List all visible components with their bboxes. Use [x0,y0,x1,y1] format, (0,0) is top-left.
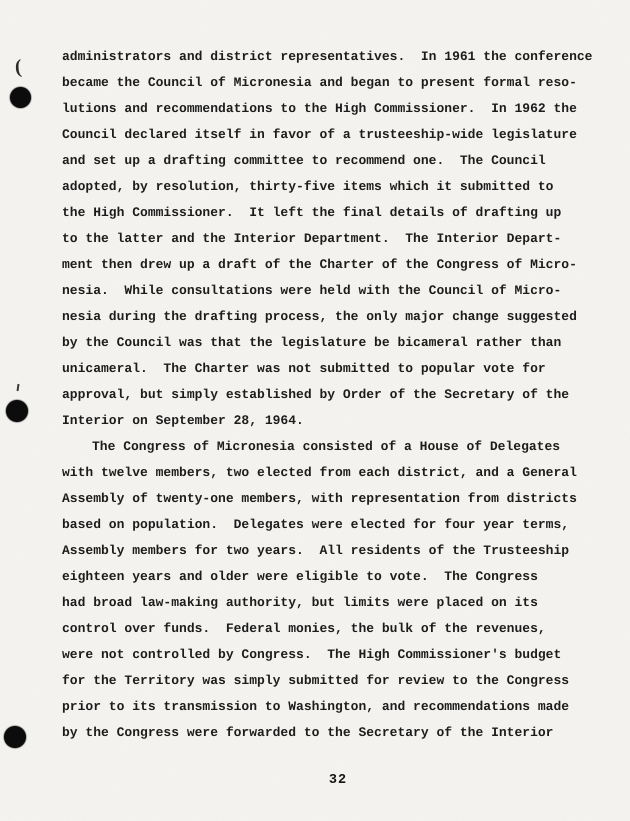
text-line: eighteen years and older were eligible t… [62,564,607,590]
text-line: became the Council of Micronesia and beg… [62,70,607,96]
text-line: by the Council was that the legislature … [62,330,607,356]
ink-dot-mark-middle [6,400,28,422]
text-line: by the Congress were forwarded to the Se… [62,720,607,746]
text-line: based on population. Delegates were elec… [62,512,607,538]
text-line: Assembly members for two years. All resi… [62,538,607,564]
text-line-paragraph-start: The Congress of Micronesia consisted of … [62,434,607,460]
handwritten-paren-mark: ( [14,56,22,79]
text-line: unicameral. The Charter was not submitte… [62,356,607,382]
text-line: the High Commissioner. It left the final… [62,200,607,226]
ink-dot-mark-bottom [4,726,26,748]
text-line: and set up a drafting committee to recom… [62,148,607,174]
page-number: 32 [318,773,358,788]
document-page: ( administrators and district representa… [0,0,630,821]
text-line: Council declared itself in favor of a tr… [62,122,607,148]
text-line: had broad law-making authority, but limi… [62,590,607,616]
typewritten-text-block: administrators and district representati… [62,44,607,746]
text-line: were not controlled by Congress. The Hig… [62,642,607,668]
text-line: Assembly of twenty-one members, with rep… [62,486,607,512]
text-line: for the Territory was simply submitted f… [62,668,607,694]
ink-dot-mark-top [10,87,31,108]
text-line: Interior on September 28, 1964. [62,408,607,434]
text-line: ment then drew up a draft of the Charter… [62,252,607,278]
text-line: prior to its transmission to Washington,… [62,694,607,720]
text-line: approval, but simply established by Orde… [62,382,607,408]
tick-mark [17,384,20,391]
text-line: lutions and recommendations to the High … [62,96,607,122]
text-line: with twelve members, two elected from ea… [62,460,607,486]
text-line: to the latter and the Interior Departmen… [62,226,607,252]
text-line: adopted, by resolution, thirty-five item… [62,174,607,200]
text-line: administrators and district representati… [62,44,607,70]
text-line: control over funds. Federal monies, the … [62,616,607,642]
text-line: nesia. While consultations were held wit… [62,278,607,304]
text-line: nesia during the drafting process, the o… [62,304,607,330]
